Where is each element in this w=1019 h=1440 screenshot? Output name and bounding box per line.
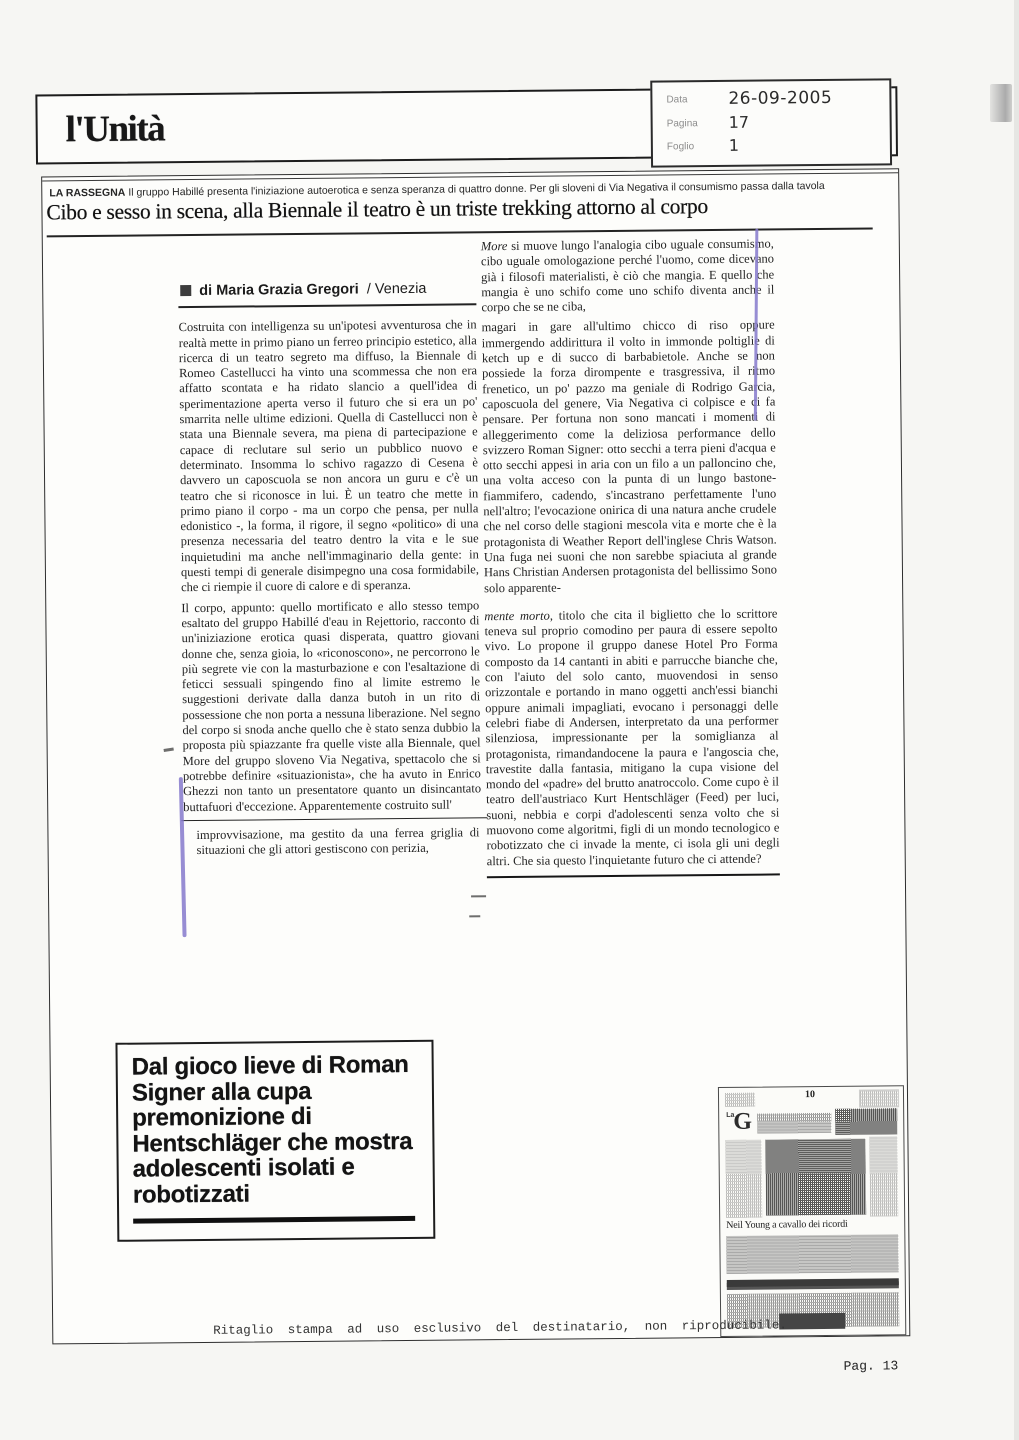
sheet-value: 1 [729,136,739,155]
sheet-page-number: Pag. 13 [844,1358,899,1374]
thumbnail-topstrip-left [725,1093,755,1107]
article-paragraph: More si muove lungo l'analogia cibo ugua… [481,236,775,315]
article-right-column: More si muove lungo l'analogia cibo ugua… [481,236,780,878]
scan-edge-shadow [1014,0,1019,1440]
byline: di Maria Grazia Gregori/ Venezia [178,281,476,308]
thumbnail-dark-bar [727,1278,899,1287]
date-value: 26-09-2005 [728,88,832,109]
pull-quote-box: Dal gioco lieve di Roman Signer alla cup… [115,1040,435,1242]
continuation-paragraph: improvvisazione, ma gestito da una ferre… [183,825,481,858]
article-end-rule [487,873,780,878]
italic-lead: More [481,239,508,253]
pencil-dash-mark [471,895,486,897]
dateline-place: / Venezia [367,281,427,298]
thumbnail-masthead-letter: G [733,1112,752,1132]
paragraph-text: , titolo che cita il biglietto che lo sc… [484,606,779,868]
column-separator-rule [181,817,487,821]
meta-row-date: Data 26-09-2005 [666,87,879,109]
kicker-label: LA RASSEGNA [49,187,125,200]
meta-row-page: Pagina 17 [667,111,880,132]
meta-row-sheet: Foglio 1 [667,134,880,155]
article-left-column: di Maria Grazia Gregori/ Venezia Costrui… [178,281,482,863]
scanned-press-clipping: l'Unità Data 26-09-2005 Pagina 17 Foglio… [0,0,1019,1440]
thumbnail-masthead-strip [757,1113,831,1134]
thumbnail-page-number: 10 [805,1089,815,1100]
article-paragraph: Il corpo, appunto: quello mortificato e … [181,598,481,815]
pencil-dash-mark [469,915,480,917]
article-headline: Cibo e sesso in scena, alla Biennale il … [46,194,708,225]
thumbnail-main-photo [765,1139,866,1216]
lunita-masthead-logo: l'Unità [65,107,164,151]
thumbnail-mid-text-block [726,1234,898,1274]
date-label: Data [666,89,728,110]
scanner-artifact [990,84,1012,122]
author-name: di Maria Grazia Gregori [199,281,359,299]
thumbnail-newspaper-page: 10 La G Neil Young a cavallo dei ricordi [718,1085,906,1337]
pull-quote-text: Dal gioco lieve di Roman Signer alla cup… [132,1052,421,1208]
article-clipping-box: LA RASSEGNAIl gruppo Habillé presenta l'… [41,168,910,1344]
article-paragraph: mente morto, titolo che cita il bigliett… [484,606,779,869]
byline-square-icon [180,285,191,296]
thumbnail-right-text-column [869,1136,898,1216]
thumbnail-top-photo [835,1108,897,1135]
page-label: Pagina [667,113,729,133]
thumbnail-left-text-column [725,1140,762,1218]
clipping-meta-box: Data 26-09-2005 Pagina 17 Foglio 1 [650,78,892,167]
sheet-label: Foglio [667,136,729,156]
page-value: 17 [729,113,750,132]
thumbnail-topstrip-right [859,1089,899,1107]
thumbnail-headline: Neil Young a cavallo dei ricordi [726,1219,847,1231]
pull-quote-underline-bar [133,1216,415,1224]
italic-lead: mente morto [484,608,550,623]
article-paragraph: Costruita con intelligenza su un'ipotesi… [179,318,480,596]
paragraph-text: si muove lungo l'analogia cibo uguale co… [481,236,774,314]
article-paragraph: magari in gare all'ultimo chicco di riso… [482,318,778,596]
